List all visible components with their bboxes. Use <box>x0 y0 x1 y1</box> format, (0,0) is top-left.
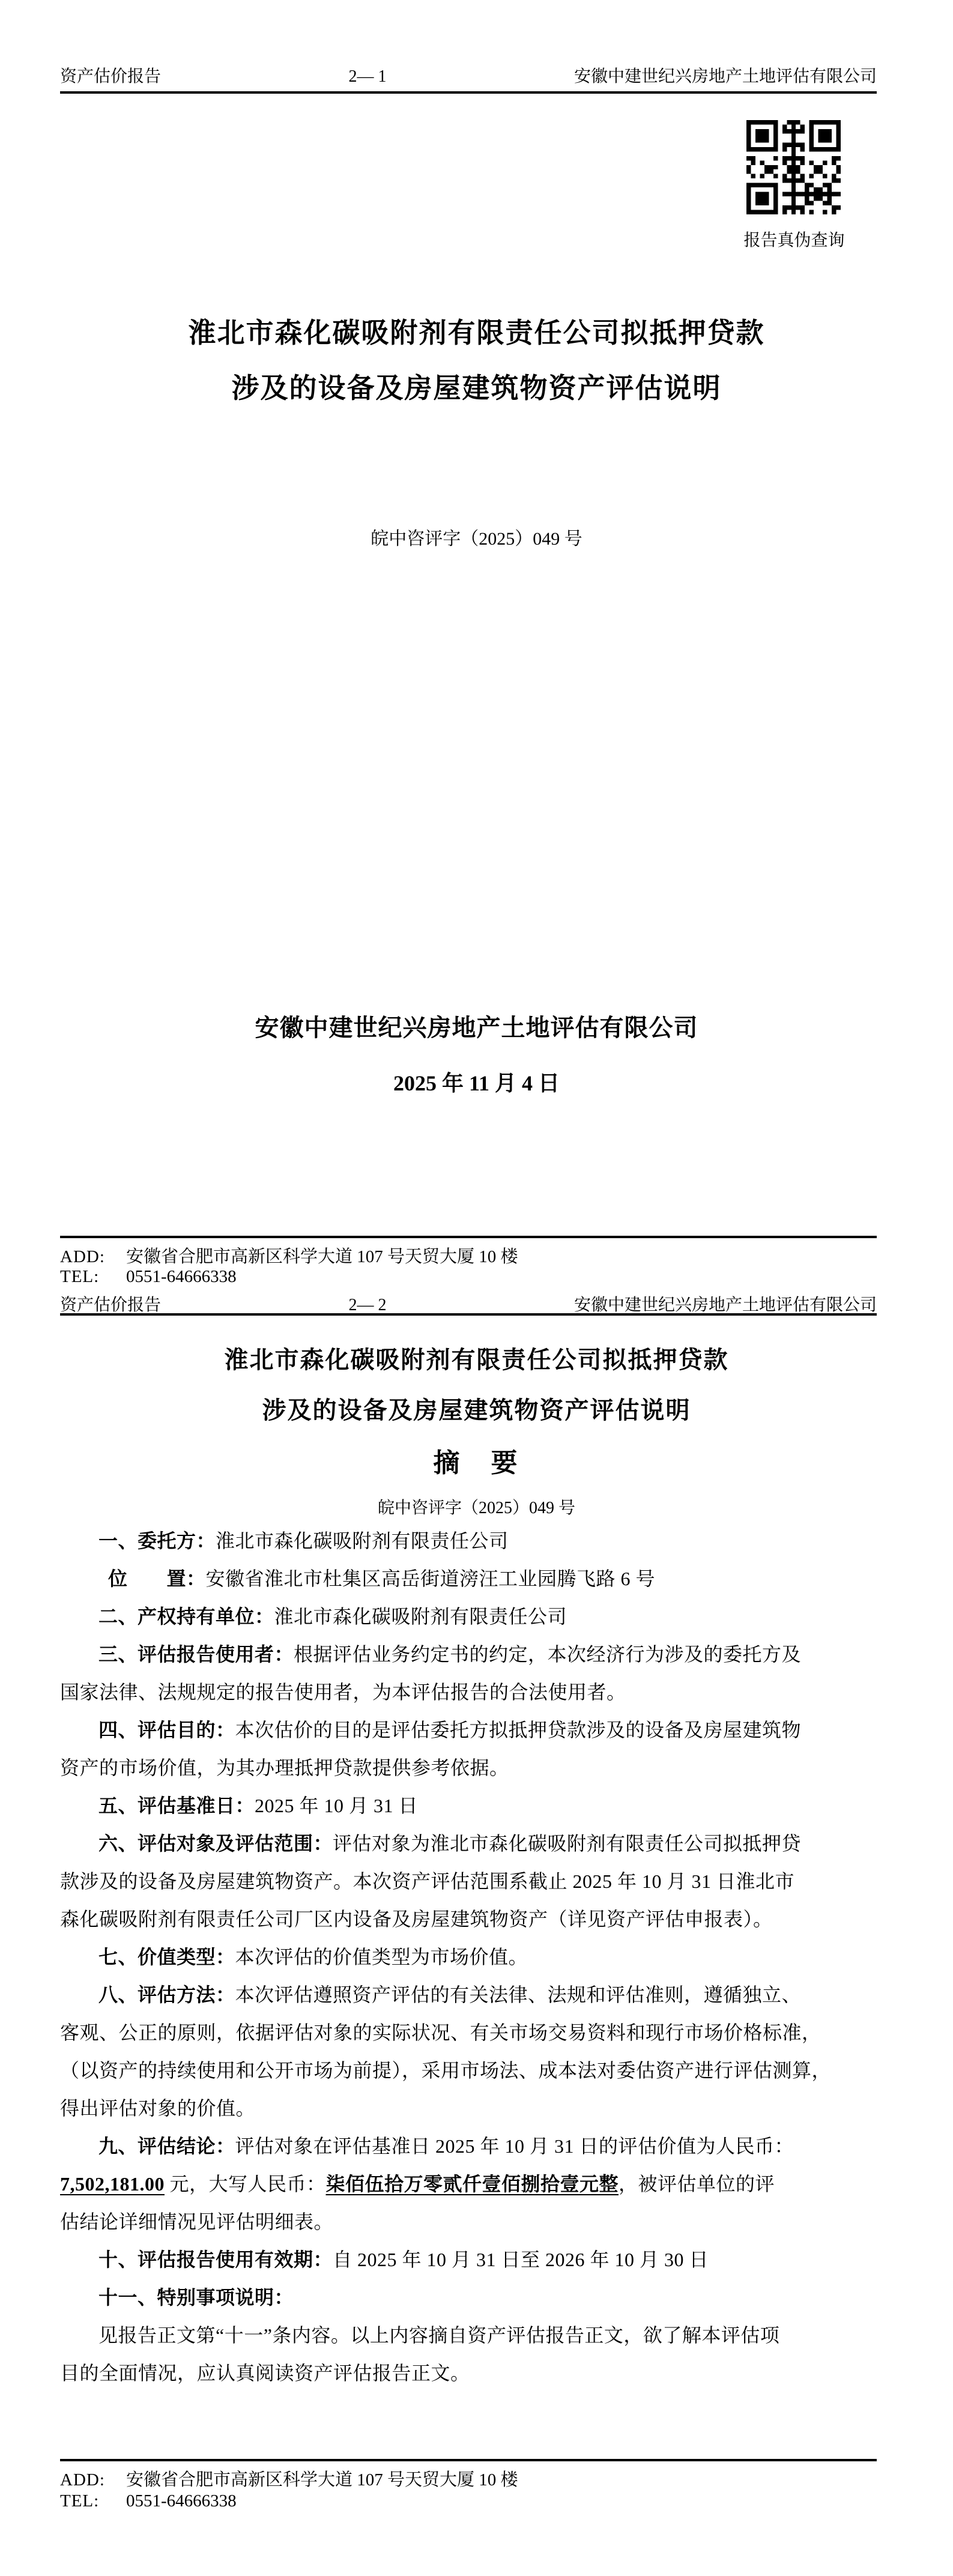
item-text: 2025 年 10 月 31 日 <box>255 1795 418 1816</box>
footer-phone-text: 0551-64666338 <box>126 2491 237 2511</box>
summary-line-owner: 二、产权持有单位：淮北市森化碳吸附剂有限责任公司 <box>60 1598 883 1636</box>
item-text: ，被评估单位的评 <box>619 2173 775 2195</box>
report-title-line2: 涉及的设备及房屋建筑物资产评估说明 <box>0 1391 953 1426</box>
abstract-body: 一、委托方：淮北市森化碳吸附剂有限责任公司 位 置：安徽省淮北市杜集区高岳街道滂… <box>60 1522 883 2392</box>
footer-phone: TEL:0551-64666338 <box>60 1267 889 1287</box>
footer-address-label: ADD: <box>60 2470 126 2490</box>
item-label: 九、评估结论： <box>98 2135 235 2157</box>
footer-phone-text: 0551-64666338 <box>126 1267 237 1286</box>
summary-line: 国家法律、法规规定的报告使用者，为本评估报告的合法使用者。 <box>60 1673 883 1711</box>
report-title-line2: 涉及的设备及房屋建筑物资产评估说明 <box>0 366 953 406</box>
summary-line-base-date: 五、评估基准日：2025 年 10 月 31 日 <box>60 1787 883 1825</box>
summary-line: 见报告正文第“十一”条内容。以上内容摘自资产评估报告正文，欲了解本评估项 <box>60 2317 883 2354</box>
item-label: 五、评估基准日： <box>98 1795 255 1816</box>
footer-address: ADD:安徽省合肥市高新区科学大道 107 号天贸大厦 10 楼 <box>60 2466 889 2491</box>
item-text: （以资产的持续使用和公开市场为前提），采用市场法、成本法对委估资产进行评估测算， <box>60 2060 831 2081</box>
footer-address: ADD:安徽省合肥市高新区科学大道 107 号天贸大厦 10 楼 <box>60 1243 889 1268</box>
summary-line-users: 三、评估报告使用者：根据评估业务约定书的约定，本次经济行为涉及的委托方及 <box>60 1636 883 1673</box>
summary-line-special-notes: 十一、特别事项说明： <box>60 2279 883 2317</box>
summary-line-purpose: 四、评估目的：本次估价的目的是评估委托方拟抵押贷款涉及的设备及房屋建筑物 <box>60 1711 883 1749</box>
report-number: 皖中咨评字（2025）049 号 <box>0 524 953 550</box>
item-text: 淮北市森化碳吸附剂有限责任公司 <box>216 1530 509 1552</box>
amount-words: 柒佰伍拾万零贰仟壹佰捌拾壹元整 <box>326 2173 619 2195</box>
item-label: 二、产权持有单位： <box>98 1606 274 1627</box>
report-number: 皖中咨评字（2025）049 号 <box>0 1495 953 1519</box>
item-text: 资产的市场价值，为其办理抵押贷款提供参考依据。 <box>60 1757 509 1779</box>
summary-line: 款涉及的设备及房屋建筑物资产。本次资产评估范围系截止 2025 年 10 月 3… <box>60 1863 883 1900</box>
page-1: 资产估价报告 2— 1 安徽中建世纪兴房地产土地评估有限公司 报告真伪查询 淮北… <box>0 0 953 1288</box>
header-rule <box>60 91 877 94</box>
footer-address-label: ADD: <box>60 1247 126 1267</box>
item-label: 十一、特别事项说明： <box>98 2287 294 2308</box>
summary-line-client: 一、委托方：淮北市森化碳吸附剂有限责任公司 <box>60 1522 883 1560</box>
summary-line: 森化碳吸附剂有限责任公司厂区内设备及房屋建筑物资产（详见资产评估申报表）。 <box>60 1900 883 1938</box>
item-label: 十、评估报告使用有效期： <box>98 2249 333 2270</box>
item-text: 评估对象为淮北市森化碳吸附剂有限责任公司拟抵押贷 <box>333 1833 801 1854</box>
page-header: 资产估价报告 2— 1 安徽中建世纪兴房地产土地评估有限公司 <box>60 67 877 86</box>
footer-address-text: 安徽省合肥市高新区科学大道 107 号天贸大厦 10 楼 <box>126 2470 518 2490</box>
summary-line-value-type: 七、价值类型：本次评估的价值类型为市场价值。 <box>60 1938 883 1976</box>
summary-line: 得出评估对象的价值。 <box>60 2090 883 2127</box>
item-label: 七、价值类型： <box>98 1946 235 1968</box>
footer-phone: TEL:0551-64666338 <box>60 2491 889 2511</box>
header-page-number: 2— 2 <box>161 1296 574 1315</box>
report-title-line1: 淮北市森化碳吸附剂有限责任公司拟抵押贷款 <box>0 1341 953 1375</box>
item-text: 见报告正文第“十一”条内容。以上内容摘自资产评估报告正文，欲了解本评估项 <box>98 2324 779 2346</box>
item-text: 本次估价的目的是评估委托方拟抵押贷款涉及的设备及房屋建筑物 <box>235 1719 802 1741</box>
header-doc-type: 资产估价报告 <box>60 67 161 86</box>
summary-line-scope: 六、评估对象及评估范围：评估对象为淮北市森化碳吸附剂有限责任公司拟抵押贷 <box>60 1825 883 1863</box>
summary-line: 资产的市场价值，为其办理抵押贷款提供参考依据。 <box>60 1749 883 1787</box>
summary-line-conclusion: 九、评估结论：评估对象在评估基准日 2025 年 10 月 31 日的评估价值为… <box>60 2127 883 2165</box>
item-text: 得出评估对象的价值。 <box>60 2097 255 2119</box>
page-header: 资产估价报告 2— 2 安徽中建世纪兴房地产土地评估有限公司 <box>60 1296 877 1315</box>
item-label: 位 置： <box>108 1568 206 1589</box>
header-company: 安徽中建世纪兴房地产土地评估有限公司 <box>574 1296 877 1315</box>
summary-line: 客观、公正的原则，依据评估对象的实际状况、有关市场交易资料和现行市场价格标准， <box>60 2014 883 2052</box>
item-text: 安徽省淮北市杜集区高岳街道滂汪工业园腾飞路 6 号 <box>206 1568 656 1589</box>
item-text: 国家法律、法规规定的报告使用者，为本评估报告的合法使用者。 <box>60 1681 626 1703</box>
item-text: 估结论详细情况见评估明细表。 <box>60 2211 333 2233</box>
header-company: 安徽中建世纪兴房地产土地评估有限公司 <box>574 67 877 86</box>
item-text: 元，大写人民币： <box>165 2173 326 2195</box>
summary-line-method: 八、评估方法：本次评估遵照资产评估的有关法律、法规和评估准则，遵循独立、 <box>60 1976 883 2014</box>
page-2: 资产估价报告 2— 2 安徽中建世纪兴房地产土地评估有限公司 淮北市森化碳吸附剂… <box>0 1288 953 2576</box>
item-text: 根据评估业务约定书的约定，本次经济行为涉及的委托方及 <box>294 1643 801 1665</box>
summary-line: 估结论详细情况见评估明细表。 <box>60 2203 883 2241</box>
item-text: 自 2025 年 10 月 31 日至 2026 年 10 月 30 日 <box>333 2249 709 2270</box>
footer-address-text: 安徽省合肥市高新区科学大道 107 号天贸大厦 10 楼 <box>126 1247 518 1266</box>
item-text: 款涉及的设备及房屋建筑物资产。本次资产评估范围系截止 2025 年 10 月 3… <box>60 1870 794 1892</box>
item-text: 客观、公正的原则，依据评估对象的实际状况、有关市场交易资料和现行市场价格标准， <box>60 2022 821 2043</box>
report-date: 2025 年 11 月 4 日 <box>0 1066 953 1097</box>
qr-code <box>746 120 841 214</box>
item-label: 一、委托方： <box>98 1530 216 1552</box>
item-text: 森化碳吸附剂有限责任公司厂区内设备及房屋建筑物资产（详见资产评估申报表）。 <box>60 1908 773 1930</box>
issuer-company: 安徽中建世纪兴房地产土地评估有限公司 <box>0 1009 953 1043</box>
footer-phone-label: TEL: <box>60 1267 126 1287</box>
item-text: 目的全面情况，应认真阅读资产评估报告正文。 <box>60 2362 470 2384</box>
abstract-heading: 摘 要 <box>0 1441 953 1480</box>
amount-figure: 7,502,181.00 <box>60 2173 165 2195</box>
item-label: 六、评估对象及评估范围： <box>98 1833 333 1854</box>
item-label: 三、评估报告使用者： <box>98 1643 294 1665</box>
item-label: 四、评估目的： <box>98 1719 235 1741</box>
header-rule <box>60 1313 877 1316</box>
qr-caption: 报告真伪查询 <box>712 227 877 251</box>
footer-rule <box>60 1236 877 1238</box>
footer-rule <box>60 2459 877 2461</box>
header-doc-type: 资产估价报告 <box>60 1296 161 1315</box>
summary-line-location: 位 置：安徽省淮北市杜集区高岳街道滂汪工业园腾飞路 6 号 <box>60 1560 883 1598</box>
item-text: 本次评估的价值类型为市场价值。 <box>235 1946 528 1968</box>
summary-line-amount: 7,502,181.00 元，大写人民币：柒佰伍拾万零贰仟壹佰捌拾壹元整，被评估… <box>60 2165 883 2203</box>
summary-line-validity: 十、评估报告使用有效期：自 2025 年 10 月 31 日至 2026 年 1… <box>60 2241 883 2279</box>
summary-line: 目的全面情况，应认真阅读资产评估报告正文。 <box>60 2354 883 2392</box>
header-page-number: 2— 1 <box>161 67 574 86</box>
item-text: 本次评估遵照资产评估的有关法律、法规和评估准则，遵循独立、 <box>235 1984 802 2006</box>
summary-line: （以资产的持续使用和公开市场为前提），采用市场法、成本法对委估资产进行评估测算， <box>60 2052 883 2090</box>
item-text: 淮北市森化碳吸附剂有限责任公司 <box>274 1606 567 1627</box>
item-text: 评估对象在评估基准日 2025 年 10 月 31 日的评估价值为人民币： <box>235 2135 794 2157</box>
report-title-line1: 淮北市森化碳吸附剂有限责任公司拟抵押贷款 <box>0 311 953 351</box>
item-label: 八、评估方法： <box>98 1984 235 2006</box>
footer-phone-label: TEL: <box>60 2491 126 2511</box>
